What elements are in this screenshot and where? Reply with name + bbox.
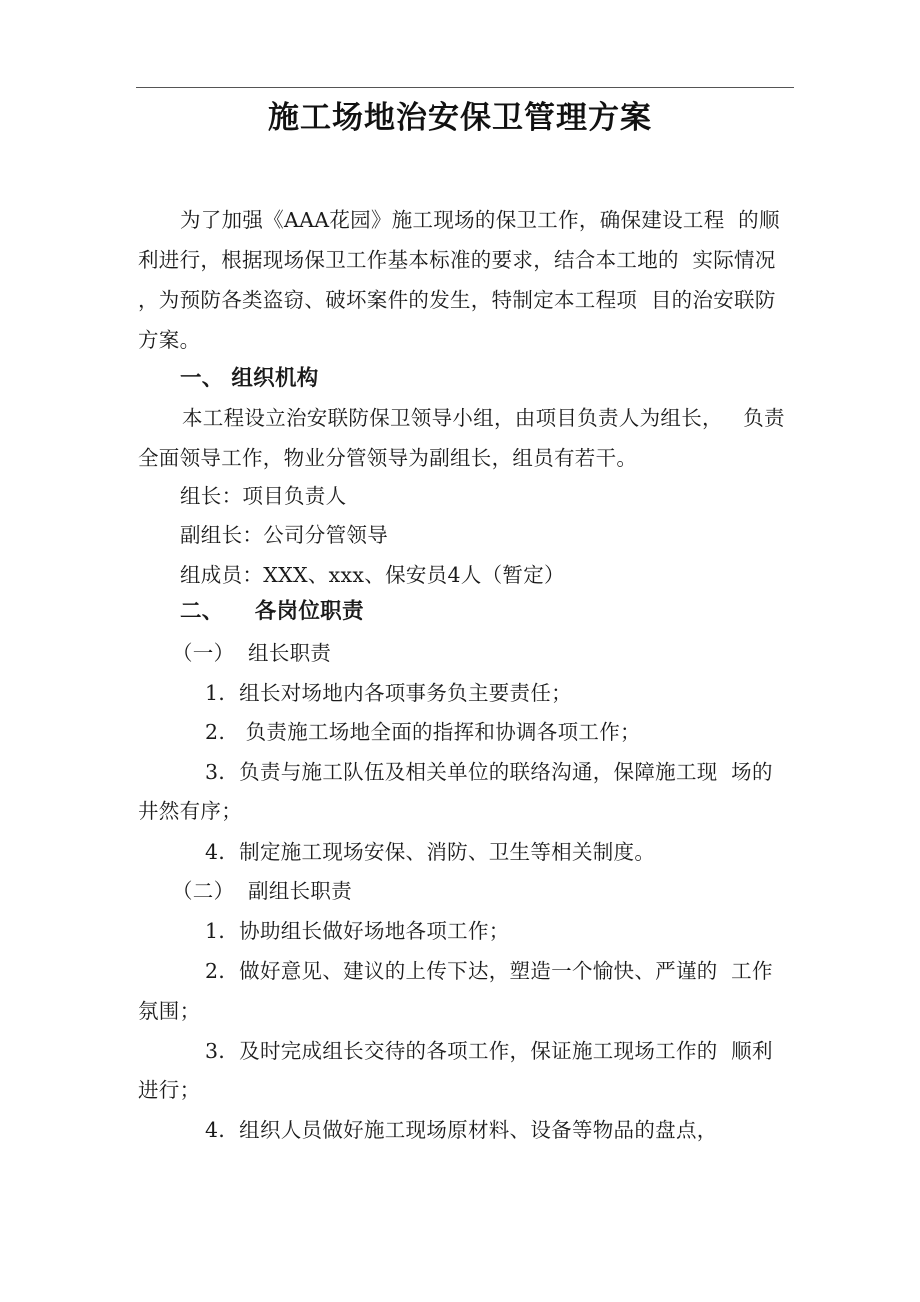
paragraph-line: 本工程设立治安联防保卫领导小组，由项目负责人为组长， 负责: [182, 404, 785, 432]
document-title: 施工场地治安保卫管理方案: [0, 92, 920, 137]
list-item: 4．制定施工现场安保、消防、卫生等相关制度。: [205, 838, 655, 866]
member-line: 组成员：XXX、xxx、保安员4人（暂定）: [180, 561, 565, 589]
section-heading: 一、 组织机构: [180, 365, 319, 393]
list-item-continuation: 井然有序；: [138, 797, 242, 825]
intro-line: ，为预防各类盗窃、破坏案件的发生，特制定本工程项 目的治安联防: [138, 286, 776, 314]
member-line: 副组长：公司分管领导: [180, 521, 388, 549]
list-item: 3．负责与施工队伍及相关单位的联络沟通，保障施工现 场的: [205, 758, 773, 786]
list-item: 2．做好意见、建议的上传下达，塑造一个愉快、严谨的 工作: [205, 957, 773, 985]
intro-line: 为了加强《AAA花园》施工现场的保卫工作，确保建设工程 的顺: [180, 206, 780, 234]
list-item-continuation: 氛围；: [138, 997, 200, 1025]
subsection-heading: （二） 副组长职责: [172, 877, 352, 905]
subsection-heading: （一） 组长职责: [172, 639, 331, 667]
header-rule: [136, 87, 794, 88]
list-item: 3．及时完成组长交待的各项工作，保证施工现场工作的 顺利: [205, 1037, 773, 1065]
intro-line: 方案。: [138, 326, 200, 354]
paragraph-line: 全面领导工作，物业分管领导为副组长，组员有若干。: [138, 444, 637, 472]
list-item: 1．组长对场地内各项事务负主要责任；: [205, 679, 572, 707]
intro-line: 利进行，根据现场保卫工作基本标准的要求，结合本工地的 实际情况: [138, 246, 776, 274]
list-item: 2. 负责施工场地全面的指挥和协调各项工作；: [205, 718, 641, 746]
list-item-continuation: 进行；: [138, 1076, 200, 1104]
member-line: 组长：项目负责人: [180, 482, 346, 510]
section-heading: 二、 各岗位职责: [180, 598, 364, 626]
list-item: 4．组织人员做好施工现场原材料、设备等物品的盘点，: [205, 1116, 718, 1144]
list-item: 1．协助组长做好场地各项工作；: [205, 917, 510, 945]
